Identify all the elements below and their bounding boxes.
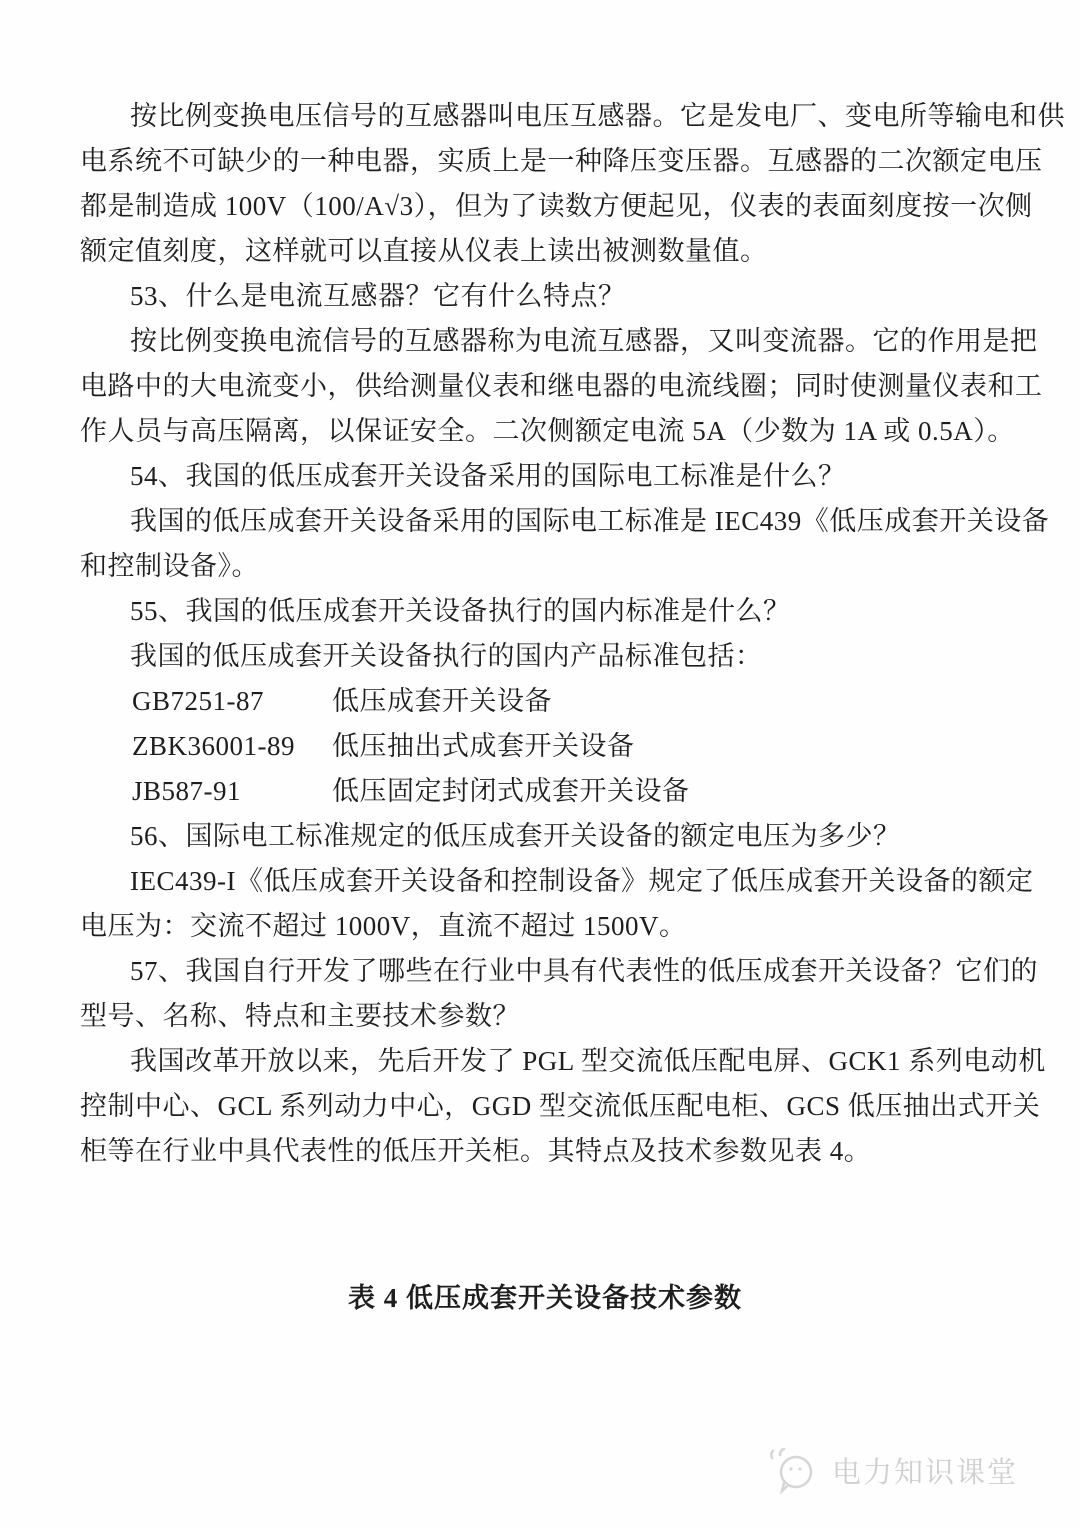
- text-line: 控制中心、GCL 系列动力中心，GGD 型交流低压配电柜、GCS 低压抽出式开关: [80, 1084, 1030, 1129]
- standard-code: GB7251-87: [132, 679, 332, 724]
- text-line: 我国改革开放以来，先后开发了 PGL 型交流低压配电屏、GCK1 系列电动机: [80, 1039, 1030, 1084]
- chat-mascot-icon: [766, 1444, 822, 1496]
- standard-code: ZBK36001-89: [132, 724, 332, 769]
- standard-list-row: GB7251-87低压成套开关设备: [80, 679, 1030, 724]
- text-line: 电压为：交流不超过 1000V，直流不超过 1500V。: [80, 904, 1030, 949]
- standard-list-row: JB587-91低压固定封闭式成套开关设备: [80, 769, 1030, 814]
- watermark-label: 电力知识课堂: [832, 1450, 1018, 1491]
- text-line: 54、我国的低压成套开关设备采用的国际电工标准是什么？: [80, 454, 1030, 499]
- watermark: 电力知识课堂: [766, 1444, 1018, 1496]
- text-line: 作人员与高压隔离，以保证安全。二次侧额定电流 5A（少数为 1A 或 0.5A）…: [80, 409, 1030, 454]
- standard-description: 低压固定封闭式成套开关设备: [332, 776, 690, 806]
- standard-code: JB587-91: [132, 769, 332, 814]
- standard-description: 低压成套开关设备: [332, 686, 552, 716]
- text-line: 55、我国的低压成套开关设备执行的国内标准是什么？: [80, 589, 1030, 634]
- text-line: 我国的低压成套开关设备采用的国际电工标准是 IEC439《低压成套开关设备: [80, 499, 1030, 544]
- text-line: 按比例变换电压信号的互感器叫电压互感器。它是发电厂、变电所等输电和供: [80, 94, 1030, 139]
- text-line: 56、国际电工标准规定的低压成套开关设备的额定电压为多少？: [80, 814, 1030, 859]
- text-line: 额定值刻度，这样就可以直接从仪表上读出被测数量值。: [80, 229, 1030, 274]
- table-caption: 表 4 低压成套开关设备技术参数: [80, 1278, 1010, 1318]
- text-line: 53、什么是电流互感器？它有什么特点？: [80, 274, 1030, 319]
- text-line: 按比例变换电流信号的互感器称为电流互感器，又叫变流器。它的作用是把: [80, 319, 1030, 364]
- text-lines: 按比例变换电压信号的互感器叫电压互感器。它是发电厂、变电所等输电和供电系统不可缺…: [80, 94, 1030, 1174]
- text-line: 电路中的大电流变小，供给测量仪表和继电器的电流线圈；同时使测量仪表和工: [80, 364, 1030, 409]
- text-line: 57、我国自行开发了哪些在行业中具有代表性的低压成套开关设备？它们的: [80, 949, 1030, 994]
- standard-description: 低压抽出式成套开关设备: [332, 731, 635, 761]
- text-line: 和控制设备》。: [80, 544, 1030, 589]
- text-line: 电系统不可缺少的一种电器，实质上是一种降压变压器。互感器的二次额定电压: [80, 139, 1030, 184]
- text-line: IEC439-I《低压成套开关设备和控制设备》规定了低压成套开关设备的额定: [80, 859, 1030, 904]
- text-line: 型号、名称、特点和主要技术参数？: [80, 994, 1030, 1039]
- text-line: 都是制造成 100V（100/A√3），但为了读数方便起见，仪表的表面刻度按一次…: [80, 184, 1030, 229]
- standard-list-row: ZBK36001-89低压抽出式成套开关设备: [80, 724, 1030, 769]
- document-page: 按比例变换电压信号的互感器叫电压互感器。它是发电厂、变电所等输电和供电系统不可缺…: [0, 0, 1080, 1528]
- text-line: 我国的低压成套开关设备执行的国内产品标准包括：: [80, 634, 1030, 679]
- text-line: 柜等在行业中具代表性的低压开关柜。其特点及技术参数见表 4。: [80, 1129, 1030, 1174]
- page-content: 按比例变换电压信号的互感器叫电压互感器。它是发电厂、变电所等输电和供电系统不可缺…: [80, 94, 1030, 1318]
